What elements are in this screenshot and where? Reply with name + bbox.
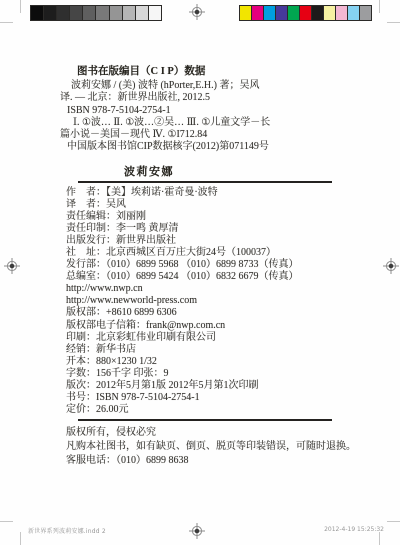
- calibration-swatch: [324, 6, 336, 20]
- calibration-swatch: [312, 6, 324, 20]
- colophon-line-print-manager: 责任印制：李一鸣 黄厚清: [66, 223, 351, 235]
- colophon-line-editor: 责任编辑：刘丽刚: [66, 211, 351, 223]
- cip-line: Ⅰ. ①波… Ⅱ. ①波…②吴… Ⅲ. ①儿童文学－长: [60, 117, 348, 129]
- colophon-line-isbn: 书号：ISBN 978-7-5104-2754-1: [66, 392, 351, 404]
- colophon-line-format: 开本：880×1230 1/32: [66, 356, 351, 368]
- crop-mark: [0, 521, 13, 522]
- calibration-swatch: [264, 6, 276, 20]
- registration-mark-icon: [4, 258, 20, 274]
- crop-mark: [20, 0, 21, 13]
- calibration-swatch: [83, 6, 96, 20]
- registration-mark-icon: [383, 258, 399, 274]
- calibration-swatch: [96, 6, 109, 20]
- colophon-line-price: 定价：26.00元: [66, 404, 351, 416]
- colophon-line-wordcount: 字数：156千字 印张：9: [66, 368, 351, 380]
- cip-header: 图书在版编目（C I P）数据: [60, 66, 348, 78]
- notice-line-copyright: 版权所有，侵权必究: [66, 426, 366, 440]
- colophon-line-edition: 版次：2012年5月第1版 2012年5月第1次印刷: [66, 380, 351, 392]
- crop-mark: [0, 22, 13, 23]
- notice-line-hotline: 客服电话：（010）6899 8638: [66, 454, 366, 468]
- colophon-line-translator: 译 者：吴风: [66, 199, 351, 211]
- calibration-swatch: [136, 6, 149, 20]
- colophon-block: 作 者：【美】埃莉诺·霍奇曼·波特 译 者：吴风 责任编辑：刘丽刚 责任印制：李…: [66, 187, 351, 416]
- divider-rule: [78, 419, 332, 421]
- colophon-line-rights-phone: 版权部：+8610 6899 6306: [66, 307, 351, 319]
- rights-notice: 版权所有，侵权必究 凡购本社图书，如有缺页、倒页、脱页等印装错误，可随时退换。 …: [66, 426, 366, 468]
- calibration-swatch: [240, 6, 252, 20]
- crop-mark: [379, 0, 380, 13]
- calibration-swatch: [70, 6, 83, 20]
- colophon-line-website-2: http://www.newworld-press.com: [66, 295, 351, 307]
- colophon-line-printer: 印刷：北京彩虹伟业印刷有限公司: [66, 332, 351, 344]
- colophon-line-website-1: http://www.nwp.cn: [66, 283, 351, 295]
- calibration-swatch: [300, 6, 312, 20]
- calibration-swatch: [110, 6, 123, 20]
- calibration-swatch: [123, 6, 136, 20]
- calibration-swatch: [149, 6, 161, 20]
- colophon-line-publisher: 出版发行：新世界出版社: [66, 235, 351, 247]
- cip-line: 波莉安娜 / (美) 波特 (hPorter,E.H.) 著；吴风: [60, 80, 348, 92]
- calibration-swatch: [336, 6, 348, 20]
- registration-mark-icon: [189, 4, 205, 20]
- colophon-line-editorial: 总编室：（010）6899 5424 （010）6832 6679（传真）: [66, 271, 351, 283]
- divider-rule: [78, 181, 332, 183]
- cip-line: ISBN 978-7-5104-2754-1: [60, 105, 348, 117]
- cip-block: 图书在版编目（C I P）数据 波莉安娜 / (美) 波特 (hPorter,E…: [60, 66, 348, 153]
- crop-mark: [20, 532, 21, 545]
- cip-line: 译. — 北京：新世界出版社, 2012.5: [60, 92, 348, 104]
- notice-line-returns: 凡购本社图书，如有缺页、倒页、脱页等印装错误，可随时退换。: [66, 440, 366, 454]
- calibration-swatch: [360, 6, 371, 20]
- calibration-swatch: [276, 6, 288, 20]
- page-title: 波莉安娜: [124, 163, 174, 179]
- calibration-swatch: [288, 6, 300, 20]
- crop-mark: [387, 521, 400, 522]
- calibration-swatch: [31, 6, 44, 20]
- colophon-line-address: 社 址：北京西城区百万庄大街24号（100037）: [66, 247, 351, 259]
- calibration-swatch: [348, 6, 360, 20]
- cip-line: 篇小说－美国－现代 Ⅳ. ①I712.84: [60, 129, 348, 141]
- colophon-line-seller: 经销：新华书店: [66, 344, 351, 356]
- scanned-copyright-page: 图书在版编目（C I P）数据 波莉安娜 / (美) 波特 (hPorter,E…: [0, 0, 400, 545]
- calibration-swatch: [44, 6, 57, 20]
- cip-line: 中国版本图书馆CIP数据核字(2012)第071149号: [60, 141, 348, 153]
- footer-timestamp: 2012-4-19 15:25:32: [324, 526, 384, 533]
- calibration-swatch: [252, 6, 264, 20]
- colophon-line-rights-email: 版权部电子信箱：frank@nwp.com.cn: [66, 320, 351, 332]
- grayscale-calibration-bar: [30, 5, 162, 21]
- crop-mark: [379, 532, 380, 545]
- calibration-swatch: [57, 6, 70, 20]
- color-calibration-bar: [239, 5, 372, 21]
- crop-mark: [387, 22, 400, 23]
- colophon-line-author: 作 者：【美】埃莉诺·霍奇曼·波特: [66, 187, 351, 199]
- colophon-line-distribution: 发行部：（010）6899 5968 （010）6899 8733（传真）: [66, 259, 351, 271]
- footer-file-label: 新世界系列波莉安娜.indd 2: [28, 526, 106, 535]
- registration-mark-icon: [189, 523, 205, 539]
